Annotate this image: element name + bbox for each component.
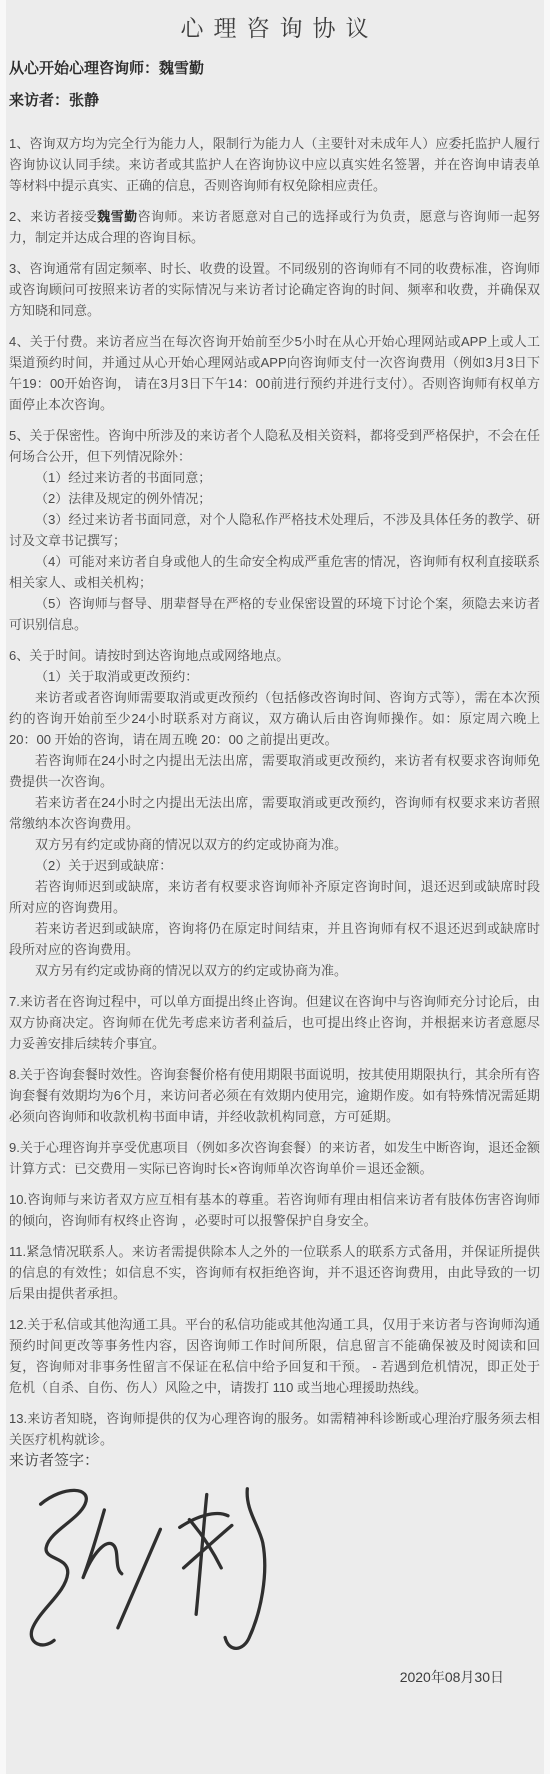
clause-paragraph-5: 5、关于保密性。咨询中所涉及的来访者个人隐私及相关资料，都将受到严格保护，不会在… bbox=[9, 425, 540, 467]
signature-date: 2020年08月30日 bbox=[9, 1667, 540, 1687]
clause-6-subparagraph-1: （1）关于取消或更改预约： bbox=[9, 666, 540, 687]
clause-6-subparagraph-2: 来访者或者咨询师需要取消或更改预约（包括修改咨询时间、咨询方式等），需在本次预约… bbox=[9, 687, 540, 750]
clause-5-subparagraph-3: （3）经过来访者书面同意，对个人隐私作严格技术处理后，不涉及具体任务的教学、研讨… bbox=[9, 509, 540, 551]
clause-paragraph-2: 2、来访者接受魏雪勤咨询师。来访者愿意对自己的选择或行为负责，愿意与咨询师一起努… bbox=[9, 206, 540, 248]
clause-paragraph-7: 7.来访者在咨询过程中，可以单方面提出终止咨询。但建议在咨询中与咨询师充分讨论后… bbox=[9, 991, 540, 1054]
agreement-page: 心理咨询协议 从心开始心理咨询师：魏雪勤 来访者：张静 1、咨询双方均为完全行为… bbox=[0, 0, 550, 1774]
counselor-line: 从心开始心理咨询师：魏雪勤 bbox=[9, 59, 540, 79]
clause-5-subparagraph-4: （4）可能对来访者自身或他人的生命安全构成严重危害的情况，咨询师有权利直接联系相… bbox=[9, 551, 540, 593]
signature-block: 来访者签字： 2020年08月30日 bbox=[6, 1450, 544, 1687]
clause-5-subparagraph-5: （5）咨询师与督导、朋辈督导在严格的专业保密设置的环境下讨论个案，须隐去来访者可… bbox=[9, 593, 540, 635]
clause-paragraph-9: 9.关于心理咨询并享受优惠项目（例如多次咨询套餐）的来访者，如发生中断咨询，退还… bbox=[9, 1137, 540, 1179]
visitor-label: 来访者： bbox=[9, 92, 69, 109]
clauses-list: 1、咨询双方均为完全行为能力人，限制行为能力人（主要针对未成年人）应委托监护人履… bbox=[9, 123, 540, 1453]
clause-paragraph-11: 11.紧急情况联系人。来访者需提供除本人之外的一位联系人的联系方式备用，并保证所… bbox=[9, 1241, 540, 1304]
clause-6-subparagraph-6: （2）关于迟到或缺席： bbox=[9, 855, 540, 876]
clause-5-subparagraph-1: （1）经过来访者的书面同意； bbox=[9, 467, 540, 488]
clause-paragraph-13: 13.来访者知晓，咨询师提供的仅为心理咨询的服务。如需精神科诊断或心理治疗服务须… bbox=[9, 1408, 540, 1450]
signature-label: 来访者签字： bbox=[9, 1450, 540, 1471]
agreement-content: 心理咨询协议 从心开始心理咨询师：魏雪勤 来访者：张静 1、咨询双方均为完全行为… bbox=[6, 0, 544, 1453]
clause-6-subparagraph-5: 双方另有约定或协商的情况以双方的约定或协商为准。 bbox=[9, 834, 540, 855]
visitor-line: 来访者：张静 bbox=[9, 91, 540, 111]
clause-paragraph-12: 12.关于私信或其他沟通工具。平台的私信功能或其他沟通工具，仅用于来访者与咨询师… bbox=[9, 1314, 540, 1398]
visitor-name: 张静 bbox=[69, 92, 99, 109]
clause-paragraph-10: 10.咨询师与来访者双方应互相有基本的尊重。若咨询师有理由相信来访者有肢体伤害咨… bbox=[9, 1189, 540, 1231]
counselor-name: 魏雪勤 bbox=[159, 60, 204, 77]
clause-paragraph-1: 1、咨询双方均为完全行为能力人，限制行为能力人（主要针对未成年人）应委托监护人履… bbox=[9, 133, 540, 196]
clause-paragraph-4: 4、关于付费。来访者应当在每次咨询开始前至少5小时在从心开始心理网站或APP上或… bbox=[9, 331, 540, 415]
clause-5-subparagraph-2: （2）法律及规定的例外情况； bbox=[9, 488, 540, 509]
clause-6-subparagraph-7: 若咨询师迟到或缺席，来访者有权要求咨询师补齐原定咨询时间，退还迟到或缺席时段所对… bbox=[9, 876, 540, 918]
counselor-label: 从心开始心理咨询师： bbox=[9, 60, 159, 77]
clause-paragraph-8: 8.关于咨询套餐时效性。咨询套餐价格有使用期限书面说明，按其使用期限执行，其余所… bbox=[9, 1064, 540, 1127]
clause-6-subparagraph-9: 双方另有约定或协商的情况以双方的约定或协商为准。 bbox=[9, 960, 540, 981]
visitor-signature-handwriting bbox=[17, 1481, 269, 1651]
clause-6-subparagraph-4: 若来访者在24小时之内提出无法出席，需要取消或更改预约，咨询师有权要求来访者照常… bbox=[9, 792, 540, 834]
clause-paragraph-6: 6、关于时间。请按时到达咨询地点或网络地点。 bbox=[9, 645, 540, 666]
clause-6-subparagraph-3: 若咨询师在24小时之内提出无法出席，需要取消或更改预约，来访者有权要求咨询师免费… bbox=[9, 750, 540, 792]
clause-6-subparagraph-8: 若来访者迟到或缺席，咨询将仍在原定时间结束，并且咨询师有权不退还迟到或缺席时段所… bbox=[9, 918, 540, 960]
clause-paragraph-3: 3、咨询通常有固定频率、时长、收费的设置。不同级别的咨询师有不同的收费标准，咨询… bbox=[9, 258, 540, 321]
page-title: 心理咨询协议 bbox=[9, 10, 540, 43]
